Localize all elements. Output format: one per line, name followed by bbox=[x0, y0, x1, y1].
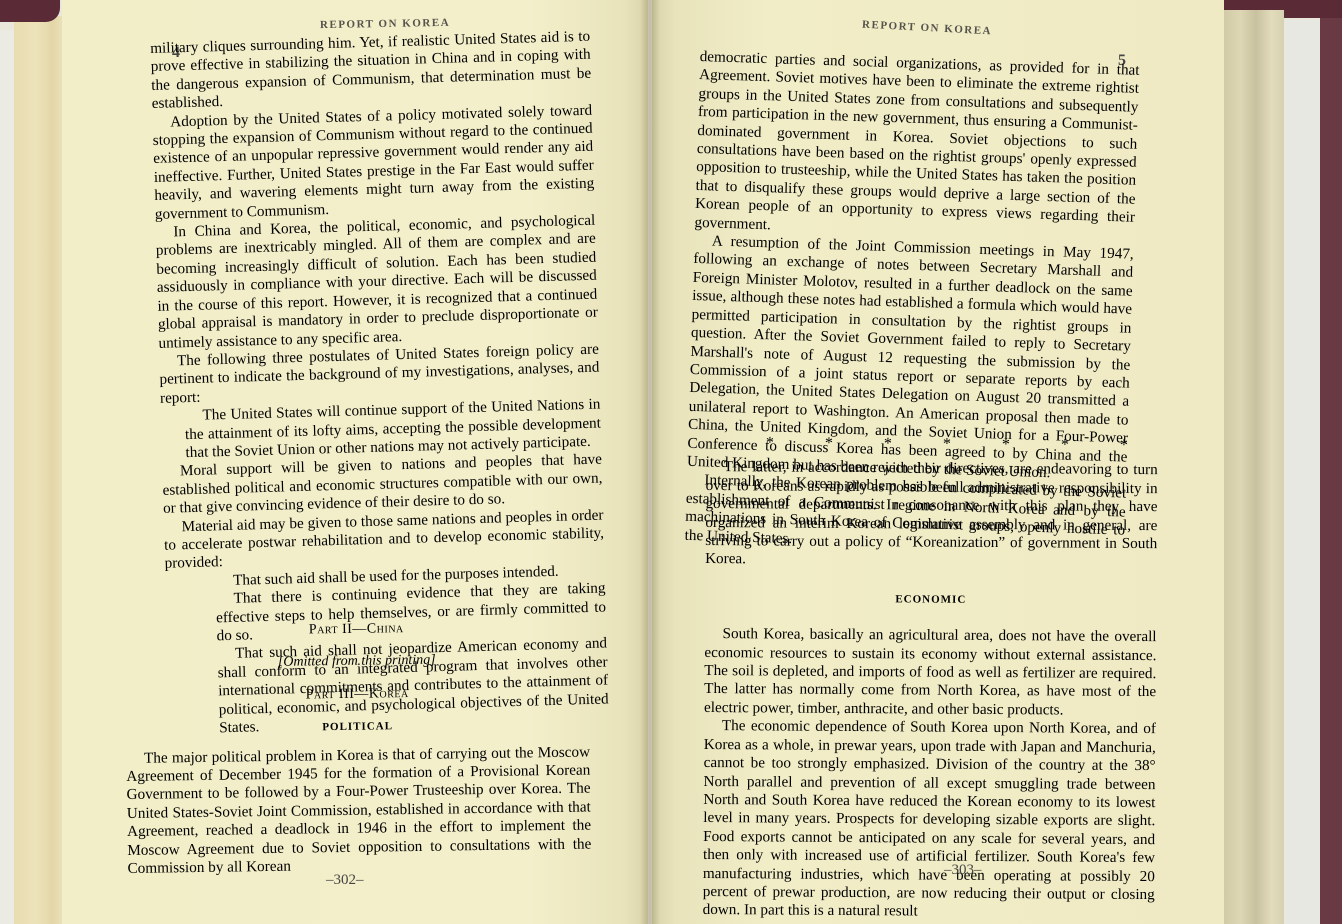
star: * bbox=[1120, 437, 1128, 455]
star: * bbox=[766, 434, 774, 452]
star: * bbox=[1002, 436, 1010, 454]
page-stack-right bbox=[1222, 10, 1284, 924]
book-cover-corner-left bbox=[0, 0, 60, 22]
ellipsis-stars: * * * * * * * bbox=[706, 430, 1158, 462]
paragraph: In China and Korea, the political, econo… bbox=[155, 212, 598, 353]
page-stack-left bbox=[14, 16, 69, 924]
right-lower-section: * * * * * * * The latter, in accordance … bbox=[703, 430, 1158, 923]
book-cover-edge-right bbox=[1320, 18, 1342, 924]
star: * bbox=[1061, 436, 1069, 454]
economic-paragraph: South Korea, basically an agricultural a… bbox=[704, 625, 1157, 720]
paragraph: military cliques surrounding him. Yet, i… bbox=[150, 28, 592, 114]
left-folio: –302– bbox=[326, 872, 364, 889]
political-paragraph: The major political problem in Korea is … bbox=[126, 743, 592, 878]
political-heading: POLITICAL bbox=[126, 715, 590, 740]
right-folio: –303– bbox=[944, 862, 982, 879]
part-ii-note: [Omitted from this printing] bbox=[125, 650, 589, 675]
part-ii-heading: Part II—China bbox=[124, 618, 588, 643]
star: * bbox=[825, 435, 833, 453]
star: * bbox=[943, 436, 951, 454]
part-iii-heading: Part III—Korea bbox=[125, 682, 589, 707]
paragraph: democratic parties and social organizati… bbox=[694, 48, 1140, 246]
left-running-head: REPORT ON KOREA bbox=[320, 17, 450, 31]
economic-heading: ECONOMIC bbox=[705, 589, 1157, 611]
economic-paragraph: The economic dependence of South Korea u… bbox=[703, 717, 1156, 923]
book-gutter bbox=[640, 0, 660, 924]
paragraph: Adoption by the United States of a polic… bbox=[152, 101, 595, 224]
star: * bbox=[884, 435, 892, 453]
left-lower-section: Part II—China [Omitted from this printin… bbox=[124, 604, 592, 879]
paragraph: The latter, in accordance with their dir… bbox=[705, 458, 1158, 572]
